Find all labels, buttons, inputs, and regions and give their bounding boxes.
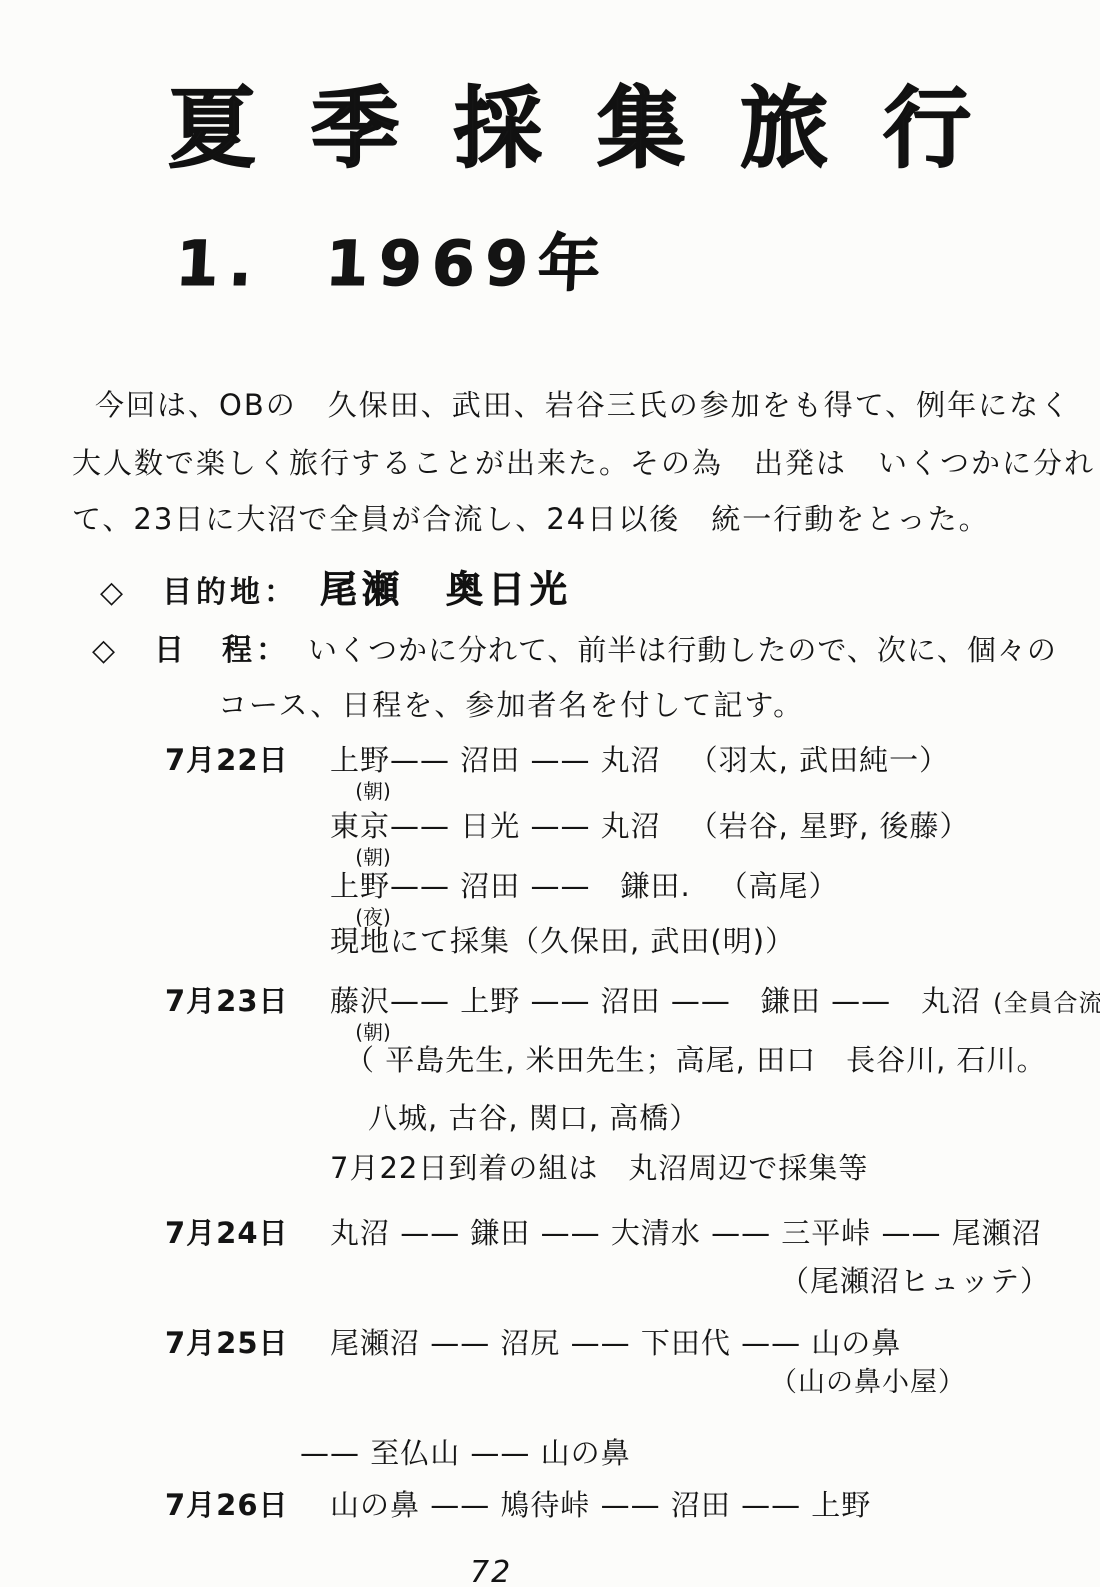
route-text: 東京(朝)—— 日光 —— 丸沼（岩谷, 星野, 後藤） xyxy=(330,806,970,846)
intro-line: 大人数で楽しく旅行することが出来た。その為 出発は いくつかに分れ xyxy=(72,443,1100,483)
participants-note: (全員合流) xyxy=(993,989,1100,1017)
itinerary-row: 東京(朝)—— 日光 —— 丸沼（岩谷, 星野, 後藤） xyxy=(165,806,1100,846)
route-text: 尾瀬沼 —— 沼尻 —— 下田代 —— 山の鼻 xyxy=(330,1323,901,1363)
route-text: 7月22日到着の組は 丸沼周辺で採集等 xyxy=(330,1148,868,1188)
itinerary-date xyxy=(165,1363,330,1403)
participants-note: （羽太, 武田純一） xyxy=(689,743,949,777)
itinerary-row: （山の鼻小屋） xyxy=(165,1363,1100,1403)
itinerary-row: 7月22日 上野(朝)—— 沼田 —— 丸沼（羽太, 武田純一） xyxy=(165,740,1100,780)
route-text: 現地にて採集（久保田, 武田(明)） xyxy=(330,921,795,961)
itinerary-date xyxy=(165,1261,330,1301)
itinerary-row: 7月23日 藤沢(朝)—— 上野 —— 沼田 —— 鎌田 —— 丸沼(全員合流) xyxy=(165,981,1100,1023)
route-text: —— 至仏山 —— 山の鼻 xyxy=(300,1433,631,1473)
itinerary-date: 7月26日 xyxy=(165,1485,330,1525)
itinerary-date xyxy=(165,806,330,846)
itinerary-date xyxy=(165,1098,330,1138)
itinerary-date: 7月25日 xyxy=(165,1323,330,1363)
itinerary-date: 7月24日 xyxy=(165,1213,330,1253)
departure-time-note: (朝) xyxy=(355,771,391,811)
itinerary-row: 7月22日到着の組は 丸沼周辺で採集等 xyxy=(165,1148,1100,1188)
itinerary-date: 7月22日 xyxy=(165,740,330,780)
itinerary-row: 現地にて採集（久保田, 武田(明)） xyxy=(165,921,1100,961)
itinerary-row: 7月24日 丸沼 —— 鎌田 —— 大清水 —— 三平峠 —— 尾瀬沼 xyxy=(165,1213,1100,1253)
route-station: 東京(朝) xyxy=(330,806,390,846)
document-title: 夏季採集旅行 xyxy=(168,72,1100,186)
participants-note: （ 平島先生, 米田先生；高尾, 田口 長谷川, 石川。 xyxy=(345,1040,1047,1080)
diamond-bullet-icon: ◇ xyxy=(92,633,154,668)
itinerary-date xyxy=(165,1148,330,1188)
route-station: 上野(朝) xyxy=(330,740,390,780)
itinerary-row: 7月26日 山の鼻 —— 鳩待峠 —— 沼田 —— 上野 xyxy=(165,1485,1100,1525)
schedule-row: ◇ 日 程： いくつかに分れて、前半は行動したので、次に、個々の xyxy=(92,625,1100,669)
year-heading: 1. 1969年 xyxy=(174,214,1100,303)
itinerary-row: —— 至仏山 —— 山の鼻 xyxy=(165,1433,1100,1473)
itinerary-row: 八城, 古谷, 関口, 高橋） xyxy=(165,1098,1100,1138)
route-station: 藤沢(朝) xyxy=(330,981,390,1021)
route-text: 上野(朝)—— 沼田 —— 丸沼（羽太, 武田純一） xyxy=(330,740,949,780)
page-number: 72 xyxy=(470,1555,1100,1587)
itinerary-date xyxy=(165,921,330,961)
schedule-text-continued: コース、日程を、参加者名を付して記す。 xyxy=(218,683,1100,724)
route-text: 山の鼻 —— 鳩待峠 —— 沼田 —— 上野 xyxy=(330,1485,871,1525)
intro-line: て、23日に大沼で全員が合流し、24日以後 統一行動をとった。 xyxy=(72,499,1100,539)
participants-note: （高尾） xyxy=(719,869,839,903)
itinerary-date xyxy=(165,866,330,906)
route-text: 丸沼 —— 鎌田 —— 大清水 —— 三平峠 —— 尾瀬沼 xyxy=(330,1213,1042,1253)
itinerary-row: （ 平島先生, 米田先生；高尾, 田口 長谷川, 石川。 xyxy=(165,1040,1100,1080)
destination-value: 尾瀬 奥日光 xyxy=(320,559,572,613)
participants-note: 八城, 古谷, 関口, 高橋） xyxy=(368,1098,699,1138)
schedule-text: いくつかに分れて、前半は行動したので、次に、個々の xyxy=(308,628,1057,669)
destination-label: 目的地： xyxy=(162,567,298,611)
destination-row: ◇ 目的地： 尾瀬 奥日光 xyxy=(100,559,1100,613)
diamond-bullet-icon: ◇ xyxy=(100,575,162,610)
route-station: 上野(夜) xyxy=(330,866,390,906)
itinerary-row: 7月25日 尾瀬沼 —— 沼尻 —— 下田代 —— 山の鼻 xyxy=(165,1323,1100,1363)
lodging-note: （尾瀬沼ヒュッテ） xyxy=(780,1261,1050,1301)
intro-line: 今回は、OBの 久保田、武田、岩谷三氏の参加をも得て、例年になく xyxy=(95,385,1100,425)
schedule-label: 日 程： xyxy=(154,625,290,669)
itinerary-date: 7月23日 xyxy=(165,981,330,1023)
route-text: 藤沢(朝)—— 上野 —— 沼田 —— 鎌田 —— 丸沼(全員合流) xyxy=(330,981,1100,1023)
participants-note: （岩谷, 星野, 後藤） xyxy=(689,809,970,843)
lodging-note: （山の鼻小屋） xyxy=(770,1363,966,1403)
route-text: 上野(夜)—— 沼田 —— 鎌田.（高尾） xyxy=(330,866,839,906)
itinerary-row: （尾瀬沼ヒュッテ） xyxy=(165,1261,1100,1301)
itinerary-row: 上野(夜)—— 沼田 —— 鎌田.（高尾） xyxy=(165,866,1100,906)
scanned-document-page: 夏季採集旅行 1. 1969年 今回は、OBの 久保田、武田、岩谷三氏の参加をも… xyxy=(0,0,1100,1587)
itinerary-date xyxy=(165,1040,330,1080)
